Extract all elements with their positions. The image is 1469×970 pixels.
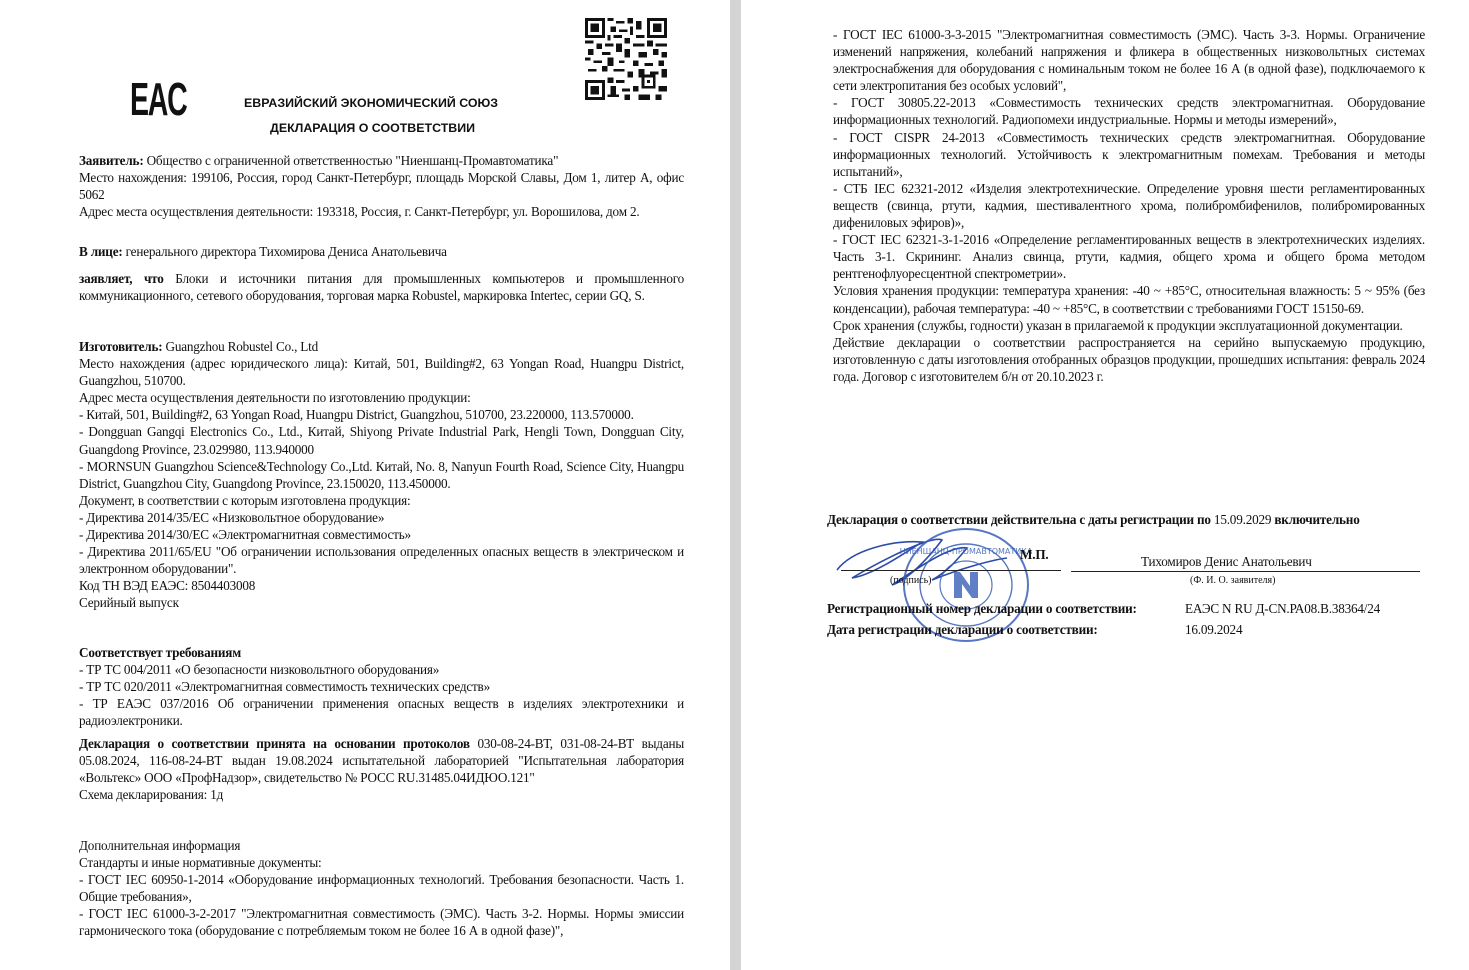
signature-caption: (подпись) [890, 575, 932, 586]
standard-item: - ГОСТ IEC 62321-3-1-2016 «Определение р… [833, 231, 1425, 282]
represented-by-text: генерального директора Тихомирова Дениса… [123, 244, 447, 259]
signer-caption: (Ф. И. О. заявителя) [1190, 575, 1275, 586]
additional-info-block: Дополнительная информация Стандарты и ин… [79, 837, 684, 940]
document-item: - Директива 2011/65/EU "Об ограничении и… [79, 543, 684, 577]
basis-block: Декларация о соответствии принята на осн… [79, 735, 684, 803]
applicant-label: Заявитель: [79, 153, 144, 168]
standard-item: - ГОСТ 30805.22-2013 «Совместимость техн… [833, 94, 1425, 128]
document-page-1: EAC ЕВРАЗИЙСКИЙ ЭКОНОМИЧЕСКИЙ СОЮЗ ДЕКЛА… [0, 0, 730, 970]
document-item: - Директива 2014/35/ЕС «Низковольтное об… [79, 509, 684, 526]
registration-date: 16.09.2024 [1185, 621, 1242, 638]
requirement-item: - ТР ТС 004/2011 «О безопасности низково… [79, 661, 684, 678]
standard-item: - ГОСТ IEC 61000-3-3-2015 "Электромагнит… [833, 26, 1425, 94]
registration-number: ЕАЭС N RU Д-CN.РА08.В.38364/24 [1185, 600, 1380, 617]
manufacturer-label: Изготовитель: [79, 339, 162, 354]
production-site: - MORNSUN Guangzhou Science&Technology C… [79, 458, 684, 492]
standard-item: - СТБ IEC 62321-2012 «Изделия электротех… [833, 180, 1425, 231]
standards-continued: - ГОСТ IEC 61000-3-3-2015 "Электромагнит… [833, 26, 1425, 385]
applicant-location: Место нахождения: 199106, Россия, город … [79, 169, 684, 203]
requirements-title: Соответствует требованиям [79, 644, 684, 661]
eac-logo: EAC [130, 76, 186, 122]
svg-text:НИЕНШАНЦ-ПРОМАВТОМАТИКА: НИЕНШАНЦ-ПРОМАВТОМАТИКА [900, 547, 1032, 556]
standard-item: - ГОСТ CISPR 24-2013 «Совместимость техн… [833, 129, 1425, 180]
production-address-label: Адрес места осуществления деятельности п… [79, 389, 684, 406]
validity-date: 15.09.2029 [1214, 512, 1271, 527]
document-item: - Директива 2014/30/ЕС «Электромагнитная… [79, 526, 684, 543]
manufacturer-name: Guangzhou Robustel Co., Ltd [162, 339, 318, 354]
page-separator [730, 0, 741, 970]
production-type: Серийный выпуск [79, 594, 684, 611]
hs-code: Код ТН ВЭД ЕАЭС: 8504403008 [79, 577, 684, 594]
document-page-2: - ГОСТ IEC 61000-3-3-2015 "Электромагнит… [741, 0, 1469, 970]
shelf-life: Срок хранения (службы, годности) указан … [833, 317, 1425, 334]
production-site: - Dongguan Gangqi Electronics Co., Ltd.,… [79, 423, 684, 457]
union-heading: ЕВРАЗИЙСКИЙ ЭКОНОМИЧЕСКИЙ СОЮЗ [244, 96, 498, 110]
signer-name: Тихомиров Денис Анатольевич [1141, 553, 1312, 570]
standard-item: - ГОСТ IEC 60950-1-2014 «Оборудование ин… [79, 871, 684, 905]
validity-suffix: включительно [1271, 512, 1359, 527]
standard-item: - ГОСТ IEC 61000-3-2-2017 "Электромагнит… [79, 905, 684, 939]
documents-label: Документ, в соответствии с которым изгот… [79, 492, 684, 509]
signer-name-line [1071, 571, 1420, 572]
represented-by: В лице: генерального директора Тихомиров… [79, 243, 684, 260]
manufacturer-block: Изготовитель: Guangzhou Robustel Co., Lt… [79, 338, 684, 612]
applicant-activity-address: Адрес места осуществления деятельности: … [79, 203, 684, 220]
document-title: ДЕКЛАРАЦИЯ О СООТВЕТСТВИИ [270, 121, 475, 135]
storage-conditions: Условия хранения продукции: температура … [833, 282, 1425, 316]
signature-line [841, 570, 1061, 571]
represented-by-label: В лице: [79, 244, 123, 259]
validity-prefix: Декларация о соответствии действительна … [827, 512, 1214, 527]
applicant-block: Заявитель: Общество с ограниченной ответ… [79, 152, 684, 220]
declares-text: Блоки и источники питания для промышленн… [79, 271, 684, 303]
manufacturer-legal-address: Место нахождения (адрес юридического лиц… [79, 355, 684, 389]
declares-block: заявляет, что Блоки и источники питания … [79, 270, 684, 304]
qr-code-icon [585, 18, 667, 100]
seal-place-label: М.П. [1020, 546, 1049, 563]
registration-date-label: Дата регистрации декларации о соответств… [827, 621, 1098, 638]
requirement-item: - ТР ЕАЭС 037/2016 Об ограничении примен… [79, 695, 684, 729]
declaration-scope: Действие декларации о соответствии распр… [833, 334, 1425, 385]
declaration-scheme: Схема декларирования: 1д [79, 786, 684, 803]
basis-label: Декларация о соответствии принята на осн… [79, 736, 470, 751]
production-site: - Китай, 501, Building#2, 63 Yongan Road… [79, 406, 684, 423]
declares-label: заявляет, что [79, 271, 164, 286]
additional-info-title: Дополнительная информация [79, 837, 684, 854]
requirements-block: Соответствует требованиям - ТР ТС 004/20… [79, 644, 684, 729]
registration-number-label: Регистрационный номер декларации о соотв… [827, 600, 1137, 617]
applicant-name: Общество с ограниченной ответственностью… [144, 153, 559, 168]
requirement-item: - ТР ТС 020/2011 «Электромагнитная совме… [79, 678, 684, 695]
standards-label: Стандарты и иные нормативные документы: [79, 854, 684, 871]
